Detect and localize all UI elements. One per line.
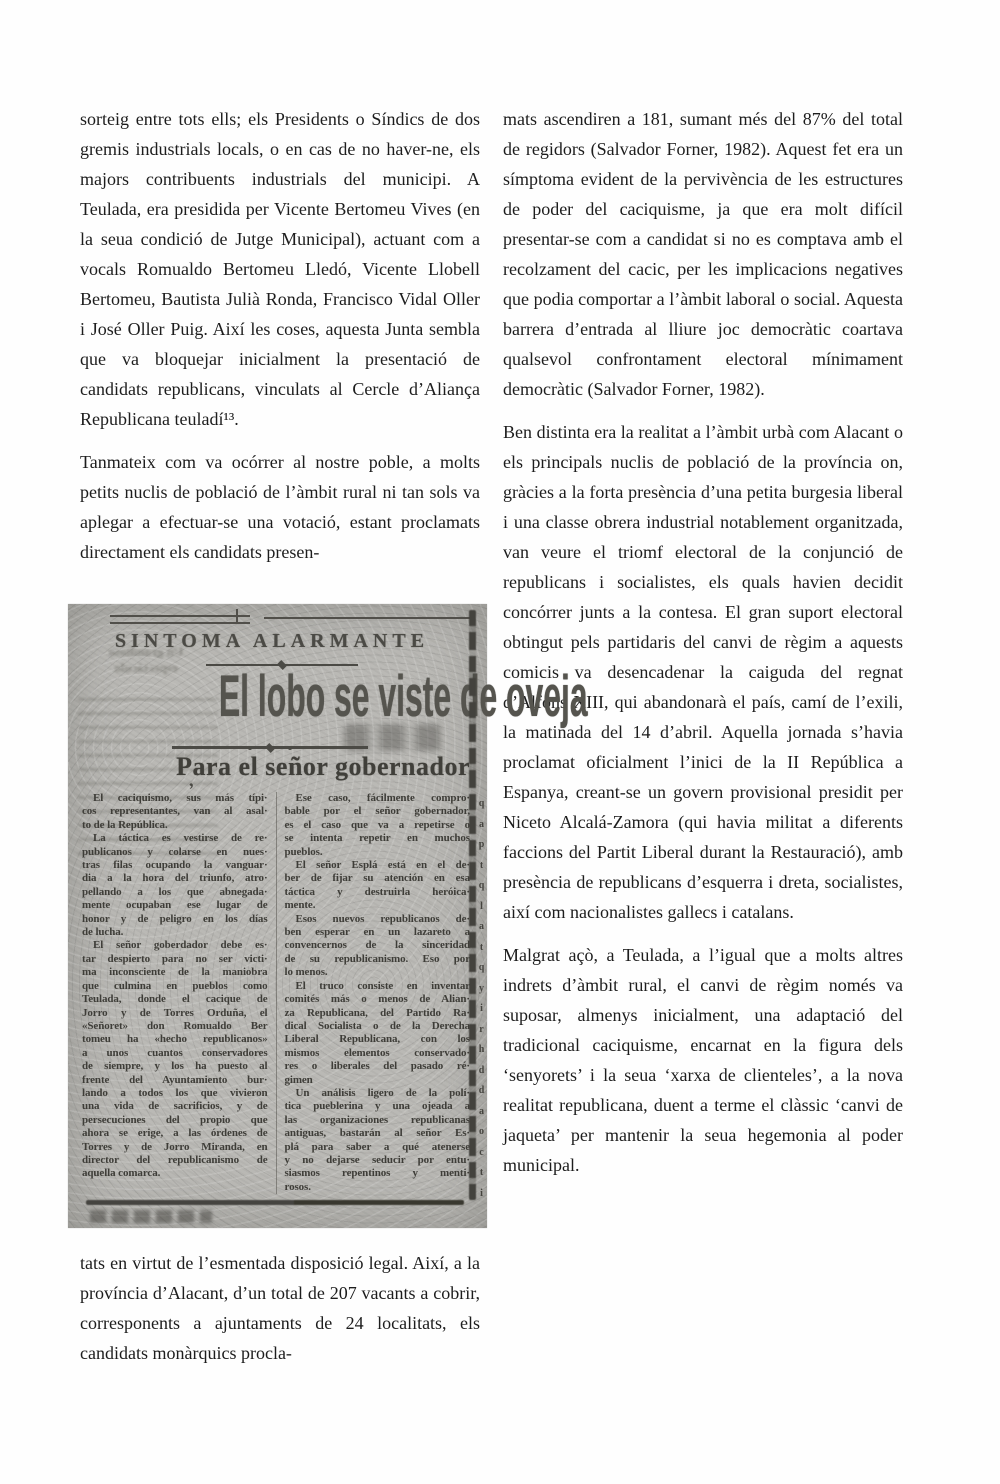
newsprint-line: publicanos y colarse en nues· (82, 846, 268, 859)
edge-letter: o (476, 1122, 487, 1143)
clipping-headline: El lobo se viste de oveja (68, 664, 476, 730)
edge-letter: q (476, 958, 487, 979)
newsprint-line: Esos nuevos republicanos de· (284, 913, 470, 926)
edge-letter: c (476, 1143, 487, 1164)
newsprint-line: Torres y de Jorro Miranda, en (82, 1141, 268, 1154)
newsprint-line: siasmos repentinos y menti· (284, 1167, 470, 1180)
dot-ornament-icon (288, 746, 292, 750)
clipping-edge-letters: qaptqlatqyirhddaocti (476, 794, 487, 1204)
newsprint-line: El señor Esplá está en el de· (284, 859, 470, 872)
edge-letter: t (476, 938, 487, 959)
edge-letter: h (476, 1040, 487, 1061)
newsprint-line: lo menos. (284, 966, 470, 979)
document-page: sorteig entre tots ells; els Presidents … (0, 0, 1000, 1484)
newsprint-line: convencernos de la sinceridad (284, 939, 470, 952)
newsprint-line: director del republicanismo de (82, 1154, 268, 1167)
edge-letter: i (476, 1184, 487, 1205)
newsprint-line: antiguas, bastarán al señor Es· (284, 1127, 470, 1140)
clipping-column-right: Ese caso, fácilmente compro·bable por el… (284, 792, 470, 1194)
newsprint-line: pueblos. (284, 846, 470, 859)
newsprint-line: es el caso que va a repetirse o (284, 819, 470, 832)
clipping-top-double-rule (110, 615, 250, 624)
newsprint-paragraph: El caciquismo, sus más típi·cos represen… (82, 792, 268, 832)
newsprint-line: tomeu ha «hecho republicanos» (82, 1033, 268, 1046)
clipping-column-divider (276, 792, 277, 1194)
newsprint-paragraph: El truco consiste en inventarcomités más… (284, 980, 470, 1087)
clipping-ornament-rule (172, 746, 368, 749)
newsprint-line: y no dejarse seducir por entu· (284, 1154, 470, 1167)
newsprint-line: frente del Ayuntamiento bur· (82, 1074, 268, 1087)
edge-letter: t (476, 1163, 487, 1184)
newsprint-paragraph: La táctica es vestirse de re·publicanos … (82, 832, 268, 939)
newsprint-line: a unos cuantos conservadores (82, 1047, 268, 1060)
edge-letter: q (476, 876, 487, 897)
newsprint-line: bable por el señor gobernador, (284, 805, 470, 818)
newsprint-line: za Republicana, del Partido Ra· (284, 1007, 470, 1020)
newsprint-line: Jorro y de Torres Orduña, el (82, 1007, 268, 1020)
newsprint-line: mente ocupaban ese lugar de (82, 899, 268, 912)
edge-letter: a (476, 1102, 487, 1123)
newsprint-line: res o liberales del pasado ré· (284, 1060, 470, 1073)
newsprint-line: tras filas ocupando la vanguar· (82, 859, 268, 872)
newsprint-line: mente. (284, 899, 470, 912)
diamond-ornament-icon (265, 743, 275, 753)
edge-letter: t (476, 856, 487, 877)
clipping-column-left: El caciquismo, sus más típi·cos represen… (82, 792, 268, 1194)
newsprint-line: de su republicanismo. Eso por (284, 953, 470, 966)
newsprint-line: plá para saber a qué atenerse (284, 1141, 470, 1154)
newsprint-line: las organizaciones republicanas (284, 1114, 470, 1127)
left-column-continued: tats en virtut de l’esmentada disposició… (80, 1248, 480, 1368)
newsprint-line: una vida de sacrificios, y de (82, 1100, 268, 1113)
body-paragraph: Tanmateix com va ocórrer al nostre poble… (80, 447, 480, 567)
newsprint-line: tica pueblerina y una ojeada a (284, 1100, 470, 1113)
newsprint-line: táctica y destruirla heróica· (284, 886, 470, 899)
newsprint-paragraph: El señor Esplá está en el de·ber de fija… (284, 859, 470, 913)
edge-letter: y (476, 979, 487, 1000)
clipping-bottom-rule (86, 1200, 464, 1205)
newsprint-line: ma inconsciente de la maniobra (82, 966, 268, 979)
newsprint-paragraph: Un análisis ligero de la polí·tica puebl… (284, 1087, 470, 1194)
edge-letter: r (476, 1020, 487, 1041)
edge-letter: p (476, 835, 487, 856)
newsprint-line: se intenta repetir en muchos (284, 832, 470, 845)
left-column: sorteig entre tots ells; els Presidents … (80, 104, 480, 567)
newsprint-line: comités más o menos de Alian· (284, 993, 470, 1006)
newsprint-line: tar despierto para no ser victi· (82, 953, 268, 966)
newsprint-line: gimen (284, 1074, 470, 1087)
newsprint-line: «Señoret» don Romualdo Ber (82, 1020, 268, 1033)
body-paragraph: tats en virtut de l’esmentada disposició… (80, 1248, 480, 1368)
edge-letter: a (476, 815, 487, 836)
newsprint-line: El señor goberdador debe es· (82, 939, 268, 952)
newsprint-line: La táctica es vestirse de re· (82, 832, 268, 845)
newsprint-line: El truco consiste en inventar (284, 980, 470, 993)
clipping-body: El caciquismo, sus más típi·cos represen… (82, 792, 470, 1194)
edge-letter: a (476, 917, 487, 938)
newsprint-paragraph: Ese caso, fácilmente compro·bable por el… (284, 792, 470, 859)
body-paragraph: sorteig entre tots ells; els Presidents … (80, 104, 480, 434)
newsprint-line: Un análisis ligero de la polí· (284, 1087, 470, 1100)
dot-ornament-icon (248, 746, 252, 750)
right-column: mats ascendiren a 181, sumant més del 87… (503, 104, 903, 1180)
body-paragraph: Malgrat açò, a Teulada, a l’igual que a … (503, 940, 903, 1180)
body-paragraph: mats ascendiren a 181, sumant més del 87… (503, 104, 903, 404)
edge-letter: i (476, 999, 487, 1020)
newsprint-line: de siempre, y los ha puesto al (82, 1060, 268, 1073)
clipping-kicker: SINTOMA ALARMANTE (68, 630, 476, 653)
newsprint-line: aquella comarca. (82, 1167, 268, 1180)
edge-letter: d (476, 1081, 487, 1102)
newsprint-line: Teulada, donde el cacique de (82, 993, 268, 1006)
clipping-subhead: Para el señor gobernador (168, 752, 470, 782)
newsprint-line: persecuciones del propio que (82, 1114, 268, 1127)
clipping-right-column-rule (469, 610, 476, 1200)
newsprint-line: to de la República. (82, 819, 268, 832)
edge-letter: d (476, 1061, 487, 1082)
newsprint-line: dia a la hora del triunfo, atro· (82, 872, 268, 885)
newsprint-line: rosos. (284, 1181, 470, 1194)
edge-letter: l (476, 897, 487, 918)
newsprint-paragraph: El señor goberdador debe es·tar despiert… (82, 939, 268, 1180)
edge-letter: q (476, 794, 487, 815)
newsprint-line: El caciquismo, sus más típi· (82, 792, 268, 805)
newsprint-line: ber de fijar su atención en esa (284, 872, 470, 885)
newspaper-clipping-figure: Un grandioso espectáculo SINTOMA ALARMAN… (68, 604, 487, 1228)
newsprint-line: ben esperar en un lazareto a (284, 926, 470, 939)
newsprint-line: dical Socialista o de la Derecha (284, 1020, 470, 1033)
newsprint-line: ahora se erige, a las órdenes de (82, 1127, 268, 1140)
newsprint-line: lando a todos los que vivieron (82, 1087, 268, 1100)
clipping-top-tick (236, 609, 238, 622)
newsprint-line: pellando a los que abnegada· (82, 886, 268, 899)
clipping-top-rule (264, 617, 470, 619)
newsprint-paragraph: Esos nuevos republicanos de·ben esperar … (284, 913, 470, 980)
newsprint-line: Ese caso, fácilmente compro· (284, 792, 470, 805)
newsprint-line: cos representantes, van al asal· (82, 805, 268, 818)
newsprint-line: honor y de peligro en los días (82, 913, 268, 926)
newsprint-line: que culmina en pueblos como (82, 980, 268, 993)
newsprint-line: de lucha. (82, 926, 268, 939)
newsprint-line: Liberal Republicana, con los (284, 1033, 470, 1046)
bleed-through-smudge-bottom (90, 1210, 212, 1223)
newsprint-line: mismos elementos conservado· (284, 1047, 470, 1060)
